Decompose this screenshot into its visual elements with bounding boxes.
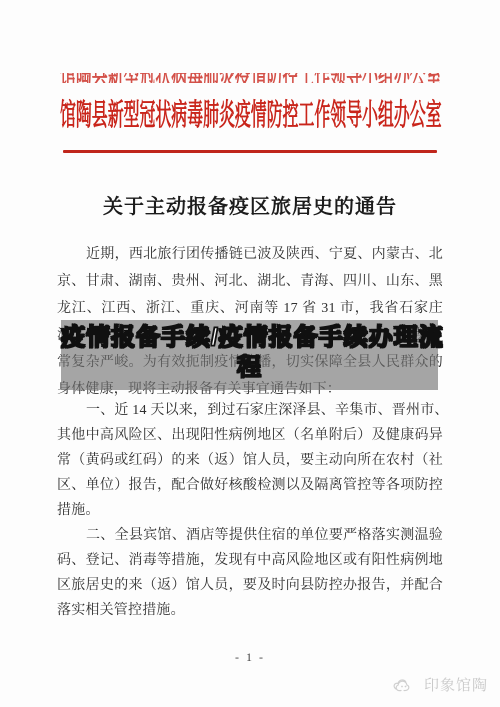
scanned-notice-page: 馆陶县新型冠状病毒肺炎疫情防控工作领导小组办公室 馆陶县新型冠状病毒肺炎疫情防控… (0, 0, 500, 707)
body-line: 区、单位）报告，配合做好核酸检测以及隔离管控等各项防控 (57, 473, 443, 498)
body-line: 常（黄码或红码）的来（返）馆人员，要主动向所在农村（社 (57, 448, 443, 473)
paragraph-3: 二、全县宾馆、酒店等提供住宿的单位要严格落实测温验 码、登记、消毒等措施，发现有… (57, 523, 443, 623)
body-line: 近期，西北旅行团传播链已波及陕西、宁夏、内蒙古、北 (57, 241, 443, 268)
body-line: 区旅居史的来（返）馆人员，要及时向县防控办报告，并配合 (57, 573, 443, 598)
body-line: 措施。 (57, 498, 443, 523)
caption-banner-overlay: 疫情报备手续/疫情报备手续办理流 程 (61, 320, 438, 390)
letterhead-office-name: 馆陶县新型冠状病毒肺炎疫情防控工作领导小组办公室 (60, 90, 442, 134)
body-line: 码、登记、消毒等措施，发现有中高风险地区或有阳性病例地 (57, 548, 443, 573)
letterhead-clipped-fragments: 馆陶县新型冠状病毒肺炎疫情防控工作领导小组办公室 (60, 73, 440, 83)
letterhead: 馆陶县新型冠状病毒肺炎疫情防控工作领导小组办公室 (60, 90, 440, 124)
body-line: 二、全县宾馆、酒店等提供住宿的单位要严格落实测温验 (57, 523, 443, 548)
watermark: 印象馆陶 (393, 674, 488, 695)
caption-banner-line2: 程 (61, 353, 438, 383)
body-line: 京、甘肃、湖南、贵州、河北、湖北、青海、四川、山东、黑 (57, 268, 443, 295)
page-number: - 1 - (57, 650, 443, 665)
document-title: 关于主动报备疫区旅居史的通告 (0, 190, 500, 219)
body-line: 龙江、江西、浙江、重庆、河南等 17 省 31 市，我省石家庄 (57, 295, 443, 322)
caption-banner-line1: 疫情报备手续/疫情报备手续办理流 (61, 324, 444, 351)
body-line: 落实相关管控措施。 (57, 598, 443, 623)
body-line: 其他中高风险区、出现阳性病例地区（名单附后）及健康码异 (57, 423, 443, 448)
paragraph-2: 一、近 14 天以来，到过石家庄深泽县、辛集市、晋州市、 其他中高风险区、出现阳… (57, 398, 443, 523)
watermark-label: 印象馆陶 (424, 674, 488, 695)
body-line: 一、近 14 天以来，到过石家庄深泽县、辛集市、晋州市、 (57, 398, 443, 423)
caption-banner-text: 疫情报备手续/疫情报备手续办理流 程 (61, 323, 438, 383)
letterhead-fragment-text: 馆陶县新型冠状病毒肺炎疫情防控工作领导小组办公室 (60, 73, 440, 83)
watermark-logo-icon (393, 676, 419, 694)
letterhead-rule (63, 150, 437, 153)
